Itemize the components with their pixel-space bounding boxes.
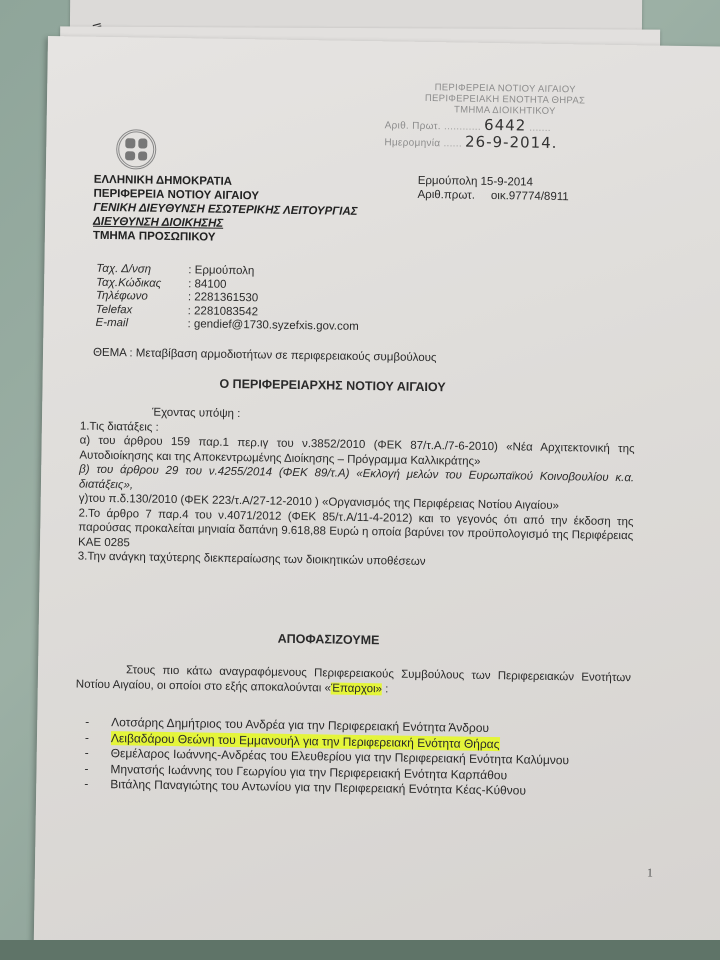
protocol-label: Αριθ.πρωτ. (417, 189, 475, 202)
desk-surface (0, 940, 720, 960)
stamp-date-value: 26-9-2014. (465, 133, 558, 152)
date-protocol-block: Ερμούπολη 15-9-2014 Αριθ.πρωτ. οικ.97774… (417, 174, 569, 204)
contact-label: Telefax (96, 303, 188, 318)
protocol-stamp: ΠΕΡΙΦΕΡΕΙΑ ΝΟΤΙΟΥ ΑΙΓΑΙΟΥ ΠΕΡΙΦΕΡΕΙΑΚΗ Ε… (384, 81, 625, 152)
document-page: ΠΕΡΙΦΕΡΕΙΑ ΝΟΤΙΟΥ ΑΙΓΑΙΟΥ ΠΕΡΙΦΕΡΕΙΑΚΗ Ε… (34, 36, 720, 960)
contact-value: : Ερμούπολη (188, 264, 254, 277)
decision-intro-end: : (382, 683, 389, 695)
decision-heading: ΑΠΟΦΑΣΙΖΟΥΜΕ (38, 628, 618, 651)
org-line: ΤΜΗΜΑ ΠΡΟΣΩΠΙΚΟΥ (93, 229, 357, 247)
highlighted-term: Έπαρχοι» (331, 682, 382, 695)
contact-value: : 84100 (188, 278, 227, 291)
contact-row: E-mail: gendief@1730.syzefxis.gov.com (95, 317, 358, 335)
stamp-date-row: Ημερομηνία ...... 26-9-2014. (384, 135, 624, 152)
stamp-protocol-value: 6442 (484, 116, 526, 135)
stamp-date-label: Ημερομηνία (384, 137, 440, 149)
appointees-list: Λοτσάρης Δημήτριος του Ανδρέα για την Πε… (84, 715, 645, 801)
document-title: Ο ΠΕΡΙΦΕΡΕΙΑΡΧΗΣ ΝΟΤΙΟΥ ΑΙΓΑΙΟΥ (42, 374, 622, 397)
contact-label: Ταχ.Κώδικας (96, 276, 188, 291)
contact-value: : 2281361530 (188, 291, 259, 304)
protocol-number: Αριθ.πρωτ. οικ.97774/8911 (417, 188, 568, 204)
protocol-value: οικ.97774/8911 (491, 190, 569, 203)
contact-label: E-mail (95, 317, 187, 332)
contact-label: Ταχ. Δ/νση (96, 263, 188, 278)
contact-value: : gendief@1730.syzefxis.gov.com (187, 318, 358, 333)
contact-value: : 2281083542 (188, 305, 259, 318)
considerations: Έχοντας υπόψη : 1.Τις διατάξεις : α) του… (78, 405, 635, 573)
issuing-authority: ΕΛΛΗΝΙΚΗ ΔΗΜΟΚΡΑΤΙΑ ΠΕΡΙΦΕΡΕΙΑ ΝΟΤΙΟΥ ΑΙ… (93, 173, 358, 247)
contact-label: Τηλέφωνο (96, 290, 188, 305)
stamp-protocol-label: Αριθ. Πρωτ. (385, 120, 441, 132)
decision-intro: Στους πιο κάτω αναγραφόμενους Περιφερεια… (76, 663, 631, 701)
subject-line: ΘΕΜΑ : Μεταβίβαση αρμοδιοτήτων σε περιφε… (93, 347, 437, 364)
page-number: 1 (647, 866, 653, 881)
greek-coat-of-arms-icon (116, 129, 157, 170)
contact-details: Ταχ. Δ/νση: Ερμούπολη Ταχ.Κώδικας: 84100… (95, 263, 359, 335)
